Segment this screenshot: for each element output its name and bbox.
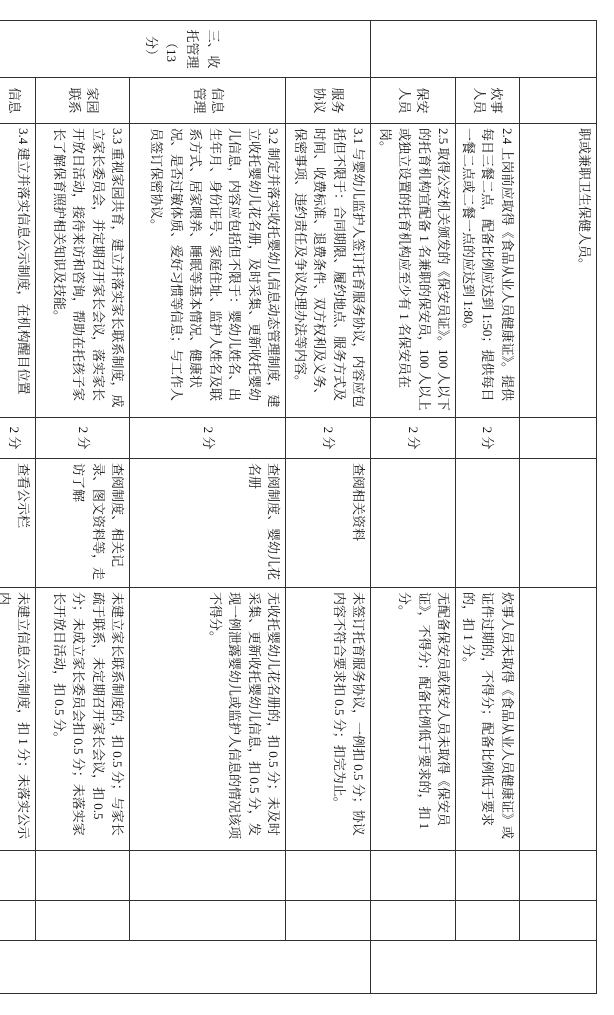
cell-score-3-3: 2 分 — [36, 418, 130, 459]
evaluation-table: 职或兼职卫生保健人员。 炊事 人员 2.4 上岗前应取得《食品从业人员健康证》。… — [0, 20, 597, 994]
cell-method-2-4 — [456, 459, 520, 588]
cell-category-prev-section — [371, 21, 597, 78]
cell-criteria-2-5: 2.5 取得公安机关颁发的《保安员证》。100 人以下的托育机构宜配备 1 名兼… — [371, 124, 456, 418]
table-row: 职或兼职卫生保健人员。 — [520, 21, 597, 994]
cell-blank-a-2-5 — [371, 851, 456, 901]
cell-blank-b-3-4 — [0, 901, 36, 941]
table-row: 信息 管理 3.2 制定并落实收托婴幼儿信息动态管理制度，建立收托婴幼儿花名册，… — [130, 21, 286, 994]
table-row: 家园 联系 3.3 重视家园共育，建立并落实家长联系制度，成立家长委员会，并定期… — [36, 21, 130, 994]
cell-score-3-2: 2 分 — [130, 418, 286, 459]
cell-method-3-4: 查看公示栏 — [0, 459, 36, 588]
rotated-table-canvas: 职或兼职卫生保健人员。 炊事 人员 2.4 上岗前应取得《食品从业人员健康证》。… — [0, 0, 614, 1015]
table-row: 保安 人员 2.5 取得公安机关颁发的《保安员证》。100 人以下的托育机构宜配… — [371, 21, 456, 994]
cell-deduction-2-5: 无配备保安员或保安人员未取得《保安员证》，不得分；配备比例低于要求的，扣 1 分… — [371, 588, 456, 851]
document-page: 职或兼职卫生保健人员。 炊事 人员 2.4 上岗前应取得《食品从业人员健康证》。… — [0, 0, 614, 1015]
cell-deduction-3-3: 未建立家长联系制度的，扣 0.5 分；与家长疏于联系，未定期召开家长会议，扣 0… — [36, 588, 130, 851]
cell-method-2-5 — [371, 459, 456, 588]
cell-score-3-4: 2 分 — [0, 418, 36, 459]
cell-blank-b-3-2 — [130, 901, 286, 941]
table-row: 炊事 人员 2.4 上岗前应取得《食品从业人员健康证》。提供每日三餐二点，配备比… — [456, 21, 520, 994]
cell-section-score-3 — [0, 941, 371, 994]
table-row: 三、收托管理（13 分） 服务 协议 3.1 与婴幼儿监护人签订托育服务协议，内… — [286, 21, 371, 994]
cell-deduction-3-2: 无收托婴幼儿花名册的，扣 0.5 分；未及时采集、更新收托婴幼儿信息，扣 0.5… — [130, 588, 286, 851]
cell-item-2-4: 炊事 人员 — [456, 78, 520, 124]
cell-item-cont — [520, 78, 597, 124]
cell-blank-b-cont — [520, 901, 597, 941]
cell-blank-a-3-4 — [0, 851, 36, 901]
cell-criteria-2-4: 2.4 上岗前应取得《食品从业人员健康证》。提供每日三餐二点，配备比例应达到 1… — [456, 124, 520, 418]
cell-method-3-1: 查阅相关资料 — [286, 459, 371, 588]
cell-criteria-3-3: 3.3 重视家园共育，建立并落实家长联系制度，成立家长委员会，并定期召开家长会议… — [36, 124, 130, 418]
cell-section-score-prev — [371, 941, 597, 994]
cell-blank-a-3-1 — [286, 851, 371, 901]
cell-criteria-3-2: 3.2 制定并落实收托婴幼儿信息动态管理制度，建立收托婴幼儿花名册，及时采集、更… — [130, 124, 286, 418]
cell-item-3-4: 信息 — [0, 78, 36, 124]
cell-blank-a-cont — [520, 851, 597, 901]
cell-score-2-5: 2 分 — [371, 418, 456, 459]
cell-method-3-3: 查阅制度、相关记录、图文资料等，走访了解 — [36, 459, 130, 588]
cell-score-2-4: 2 分 — [456, 418, 520, 459]
cell-blank-a-2-4 — [456, 851, 520, 901]
cell-item-3-2: 信息 管理 — [130, 78, 286, 124]
cell-criteria-3-1: 3.1 与婴幼儿监护人签订托育服务协议，内容应包括但不限于：合同期限、履约地点、… — [286, 124, 371, 418]
cell-item-3-1: 服务 协议 — [286, 78, 371, 124]
cell-blank-b-2-4 — [456, 901, 520, 941]
cell-blank-b-3-3 — [36, 901, 130, 941]
cell-category-section-3: 三、收托管理（13 分） — [0, 21, 371, 78]
cell-blank-a-3-3 — [36, 851, 130, 901]
cell-blank-a-3-2 — [130, 851, 286, 901]
table-row: 信息 3.4 建立并落实信息公示制度，在机构醒目位置 2 分 查看公示栏 未建立… — [0, 21, 36, 994]
cell-deduction-2-4: 炊事人员未取得《食品从业人员健康证》或证件过期的，不得分；配备比例低于要求的，扣… — [456, 588, 520, 851]
cell-criteria-3-4: 3.4 建立并落实信息公示制度，在机构醒目位置 — [0, 124, 36, 418]
cell-deduction-3-1: 未签订托育服务协议，一例扣 0.5 分；协议内容不符合要求扣 0.5 分；扣完为… — [286, 588, 371, 851]
cell-method-cont — [520, 459, 597, 588]
cell-score-cont — [520, 418, 597, 459]
cell-method-3-2: 查阅制度、婴幼儿花名册 — [130, 459, 286, 588]
cell-deduction-3-4: 未建立信息公示制度，扣 1 分；未落实公示内 — [0, 588, 36, 851]
cell-score-3-1: 2 分 — [286, 418, 371, 459]
cell-criteria-cont: 职或兼职卫生保健人员。 — [520, 124, 597, 418]
cell-item-3-3: 家园 联系 — [36, 78, 130, 124]
cell-deduction-cont — [520, 588, 597, 851]
cell-blank-b-3-1 — [286, 901, 371, 941]
cell-blank-b-2-5 — [371, 901, 456, 941]
cell-item-2-5: 保安 人员 — [371, 78, 456, 124]
